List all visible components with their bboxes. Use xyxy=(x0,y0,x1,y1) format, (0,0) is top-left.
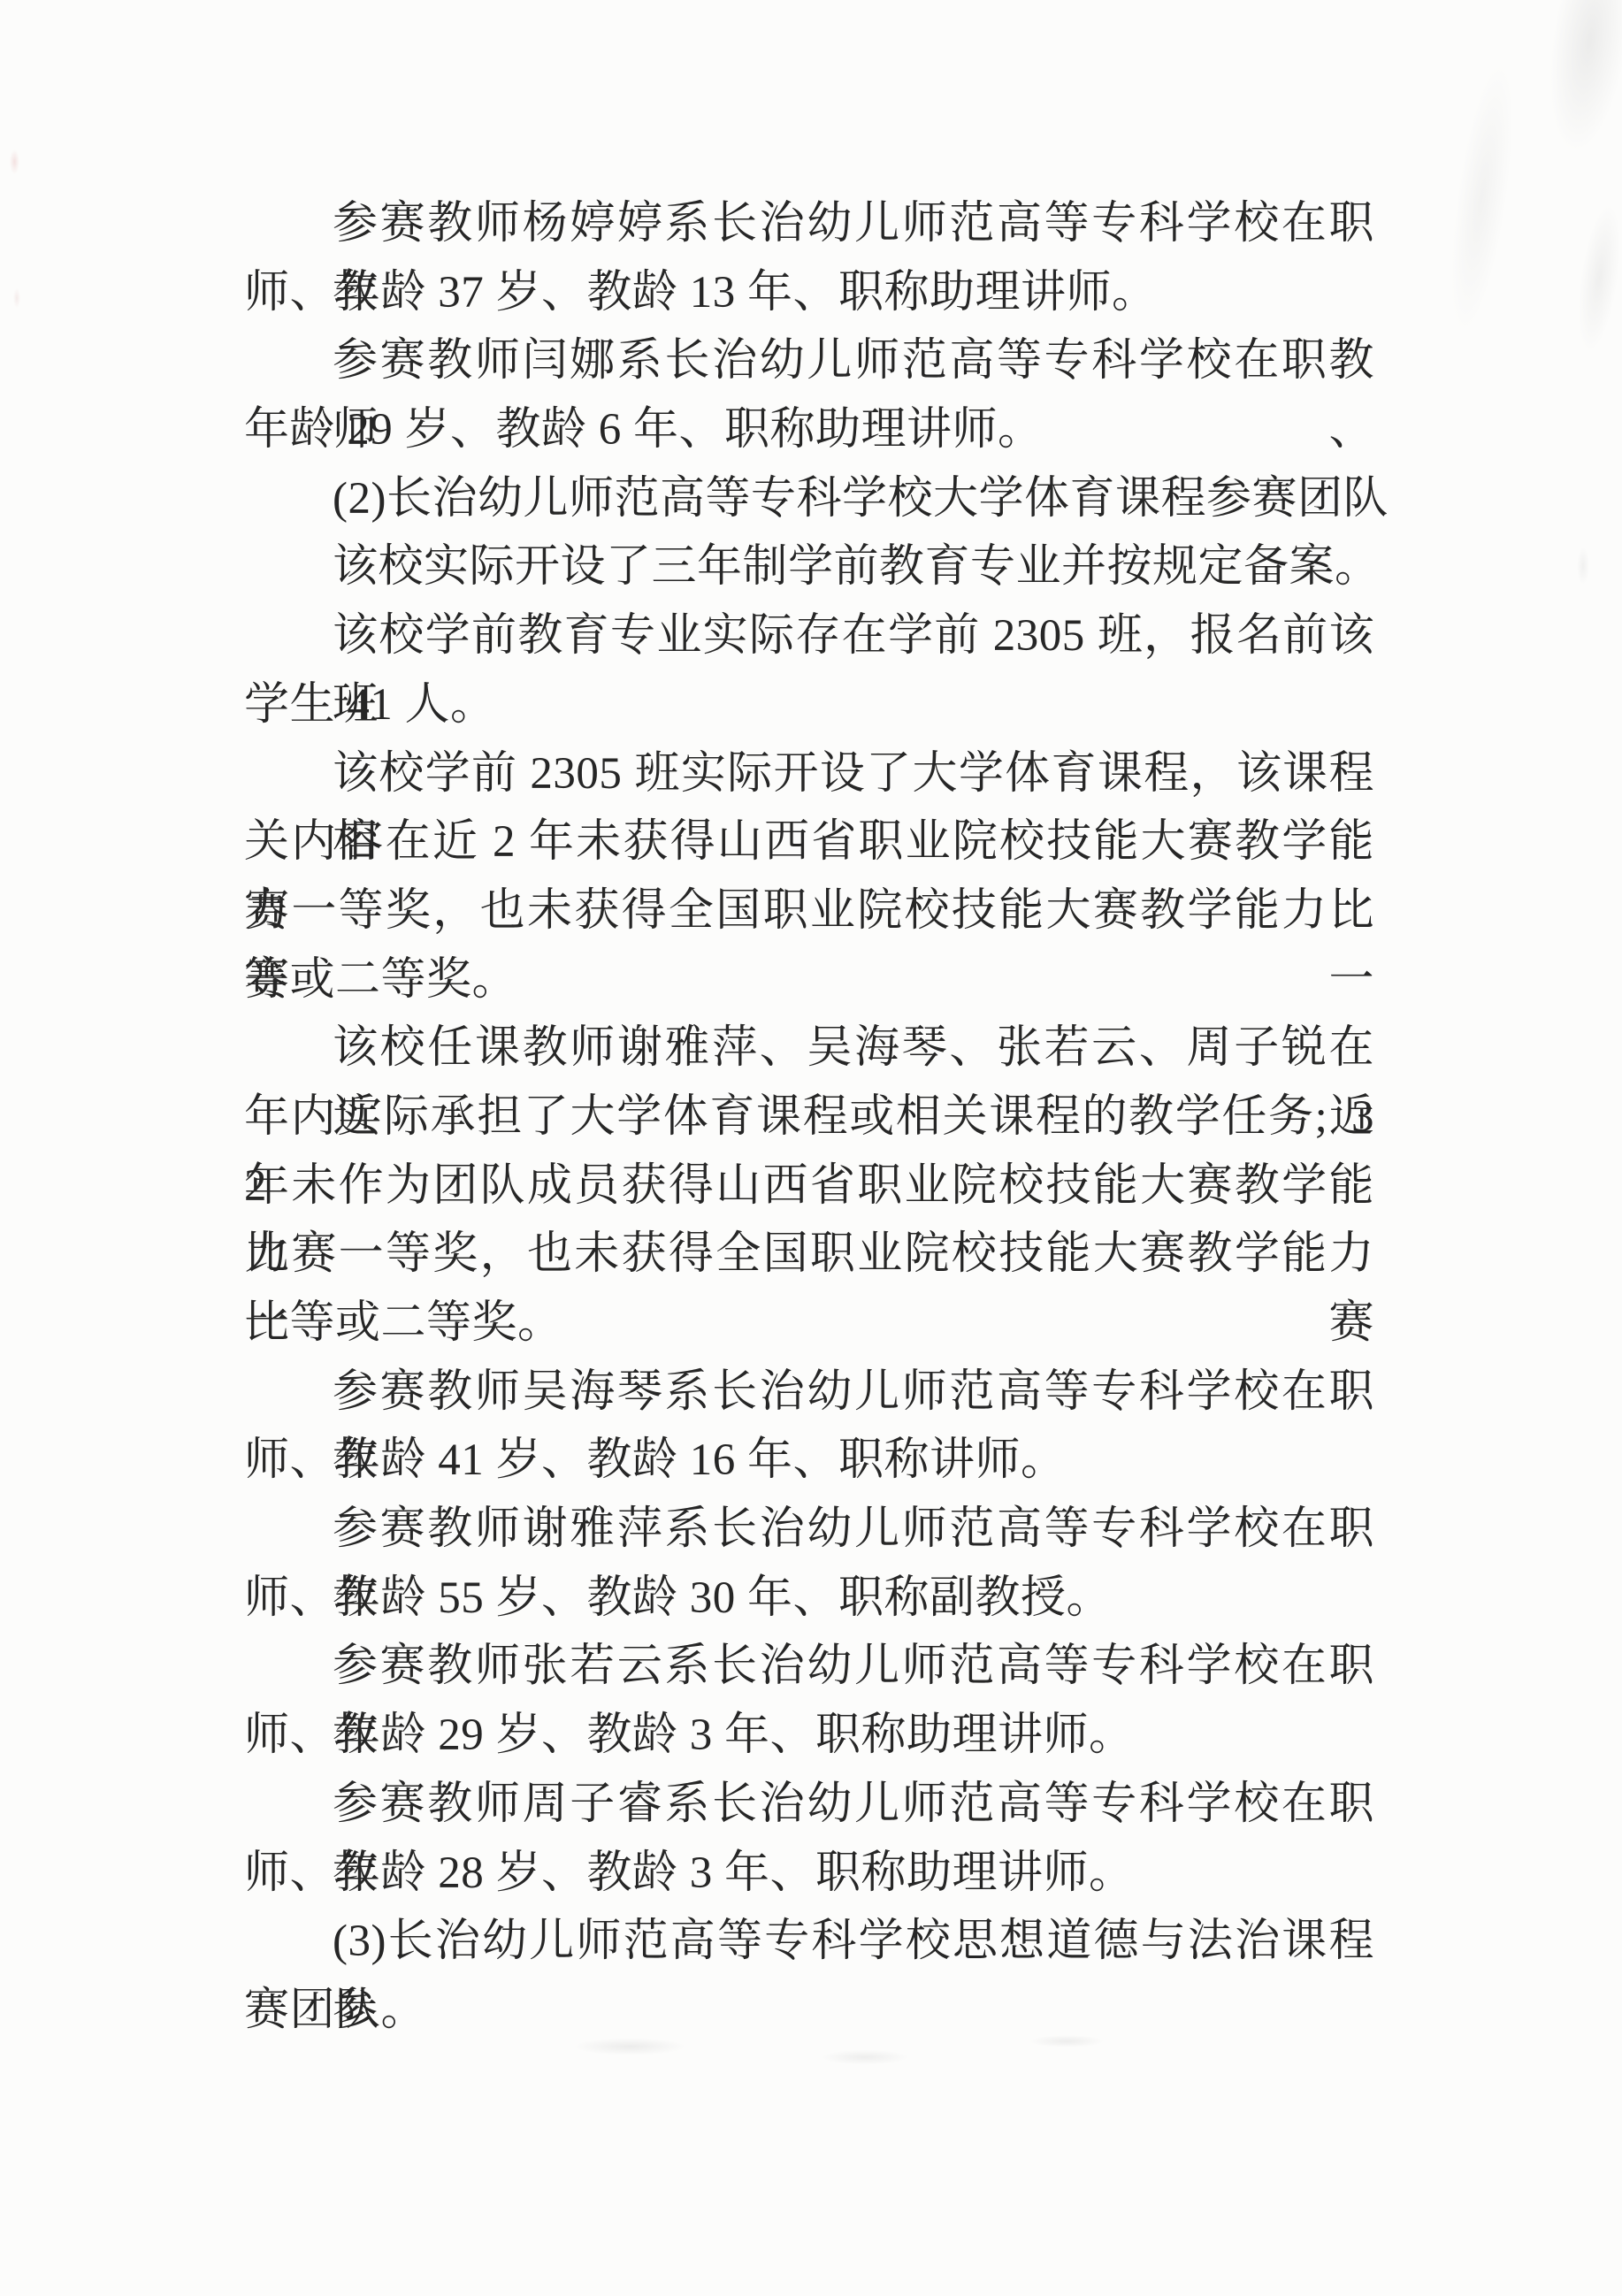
text-line: 比赛一等奖，也未获得全国职业院校技能大赛教学能力比赛 xyxy=(244,1221,1374,1290)
text-line: 年内实际承担了大学体育课程或相关课程的教学任务;近 2 xyxy=(244,1083,1374,1152)
text-line: 该校任课教师谢雅萍、吴海琴、张若云、周子锐在近 3 xyxy=(244,1014,1374,1083)
text-line: 参赛教师周子睿系长治幼儿师范高等专科学校在职教 xyxy=(244,1771,1374,1840)
text-line: 赛团队。 xyxy=(244,1977,1374,2046)
text-line: 师、年龄 28 岁、教龄 3 年、职称助理讲师。 xyxy=(244,1840,1374,1909)
text-line: 参赛教师吴海琴系长治幼儿师范高等专科学校在职教 xyxy=(244,1358,1374,1427)
document-text-block: 参赛教师杨婷婷系长治幼儿师范高等专科学校在职教师、年龄 37 岁、教龄 13 年… xyxy=(244,190,1374,2046)
text-line: 参赛教师闫娜系长治幼儿师范高等专科学校在职教师、 xyxy=(244,327,1374,396)
text-line: 参赛教师张若云系长治幼儿师范高等专科学校在职教 xyxy=(244,1633,1374,1702)
text-line: 参赛教师杨婷婷系长治幼儿师范高等专科学校在职教 xyxy=(244,190,1374,259)
text-line: 该校实际开设了三年制学前教育专业并按规定备案。 xyxy=(244,533,1374,602)
text-line: 师、年龄 37 岁、教龄 13 年、职称助理讲师。 xyxy=(244,259,1374,328)
text-line: 赛一等奖，也未获得全国职业院校技能大赛教学能力比赛一 xyxy=(244,877,1374,946)
text-line: 学生 41 人。 xyxy=(244,671,1374,740)
text-line: (3)长治幼儿师范高等专科学校思想道德与法治课程参 xyxy=(244,1908,1374,1977)
text-line: 师、年龄 29 岁、教龄 3 年、职称助理讲师。 xyxy=(244,1702,1374,1771)
text-line: 师、年龄 55 岁、教龄 30 年、职称副教授。 xyxy=(244,1565,1374,1634)
scan-speck-left-edge xyxy=(5,133,28,327)
text-line: 参赛教师谢雅萍系长治幼儿师范高等专科学校在职教 xyxy=(244,1496,1374,1565)
scan-speck-right-edge xyxy=(1565,495,1601,637)
scan-smudge-top-right xyxy=(1346,0,1622,389)
text-line: 师、年龄 41 岁、教龄 16 年、职称讲师。 xyxy=(244,1427,1374,1496)
text-line: 该校学前 2305 班实际开设了大学体育课程，该课程相 xyxy=(244,740,1374,809)
text-line: 该校学前教育专业实际存在学前 2305 班，报名前该班 xyxy=(244,602,1374,671)
text-line: 年未作为团队成员获得山西省职业院校技能大赛教学能力 xyxy=(244,1152,1374,1221)
document-page: 参赛教师杨婷婷系长治幼儿师范高等专科学校在职教师、年龄 37 岁、教龄 13 年… xyxy=(0,0,1622,2296)
text-line: (2)长治幼儿师范高等专科学校大学体育课程参赛团队 xyxy=(244,465,1374,534)
text-line: 关内容在近 2 年未获得山西省职业院校技能大赛教学能力比 xyxy=(244,808,1374,877)
